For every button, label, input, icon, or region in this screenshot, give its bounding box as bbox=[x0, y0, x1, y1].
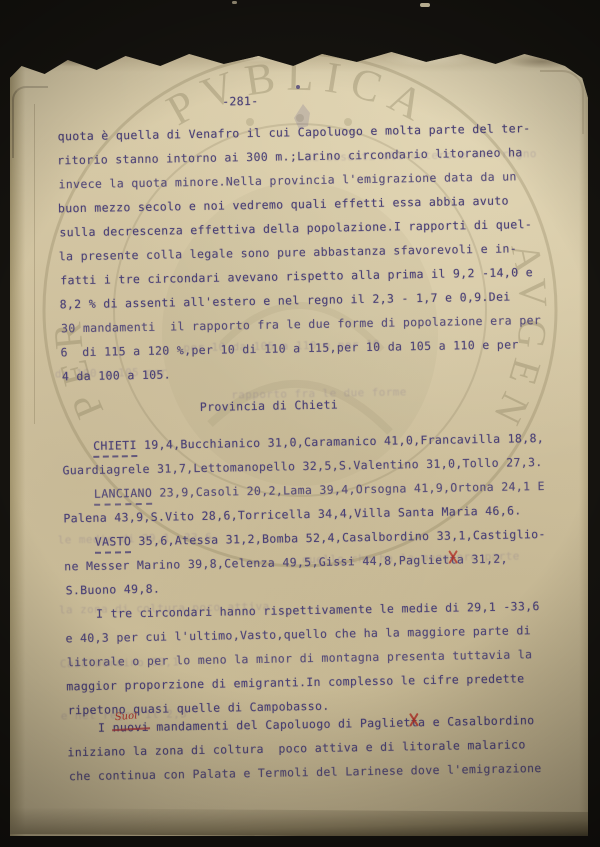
red-x-mark bbox=[447, 549, 458, 564]
paper-speck bbox=[420, 3, 430, 7]
deleted-letter: t bbox=[411, 710, 419, 734]
underlined-word: VASTO bbox=[95, 531, 132, 554]
page-right-edge-shadow bbox=[578, 44, 588, 836]
scanned-book-photo: { "scan": { "background_color": "#15130f… bbox=[0, 0, 600, 847]
underlying-page-corner bbox=[12, 86, 48, 158]
torn-paper-edge bbox=[10, 44, 588, 76]
page-stack-bottom-edge bbox=[6, 808, 592, 838]
paragraph-mandamenti: I nuoviSuoi mandamenti del Capoluogo di … bbox=[67, 708, 568, 789]
typed-content: -281- quota è quella di Venafro il cui C… bbox=[56, 84, 568, 789]
struck-word: nuoviSuoi bbox=[112, 715, 149, 740]
red-x-mark bbox=[408, 712, 419, 727]
deleted-letter: t bbox=[449, 547, 457, 571]
underlined-word: CHIETI bbox=[93, 435, 137, 458]
handwritten-correction: Suoi bbox=[113, 704, 138, 730]
page-left-edge-shadow bbox=[10, 44, 28, 836]
paper-speck bbox=[232, 1, 237, 4]
document-page: PVBLICA AVGEN PERI di assenti all'estero… bbox=[10, 44, 588, 836]
underlined-word: LANCIANO bbox=[94, 483, 153, 506]
district-figures-list: CHIETI 19,4,Bucchianico 31,0,Caramanico … bbox=[62, 413, 565, 603]
paragraph-intro: quota è quella di Venafro il cui Capoluo… bbox=[56, 108, 561, 389]
paragraph-averages: I tre circondari hanno rispettivamente l… bbox=[65, 594, 567, 723]
